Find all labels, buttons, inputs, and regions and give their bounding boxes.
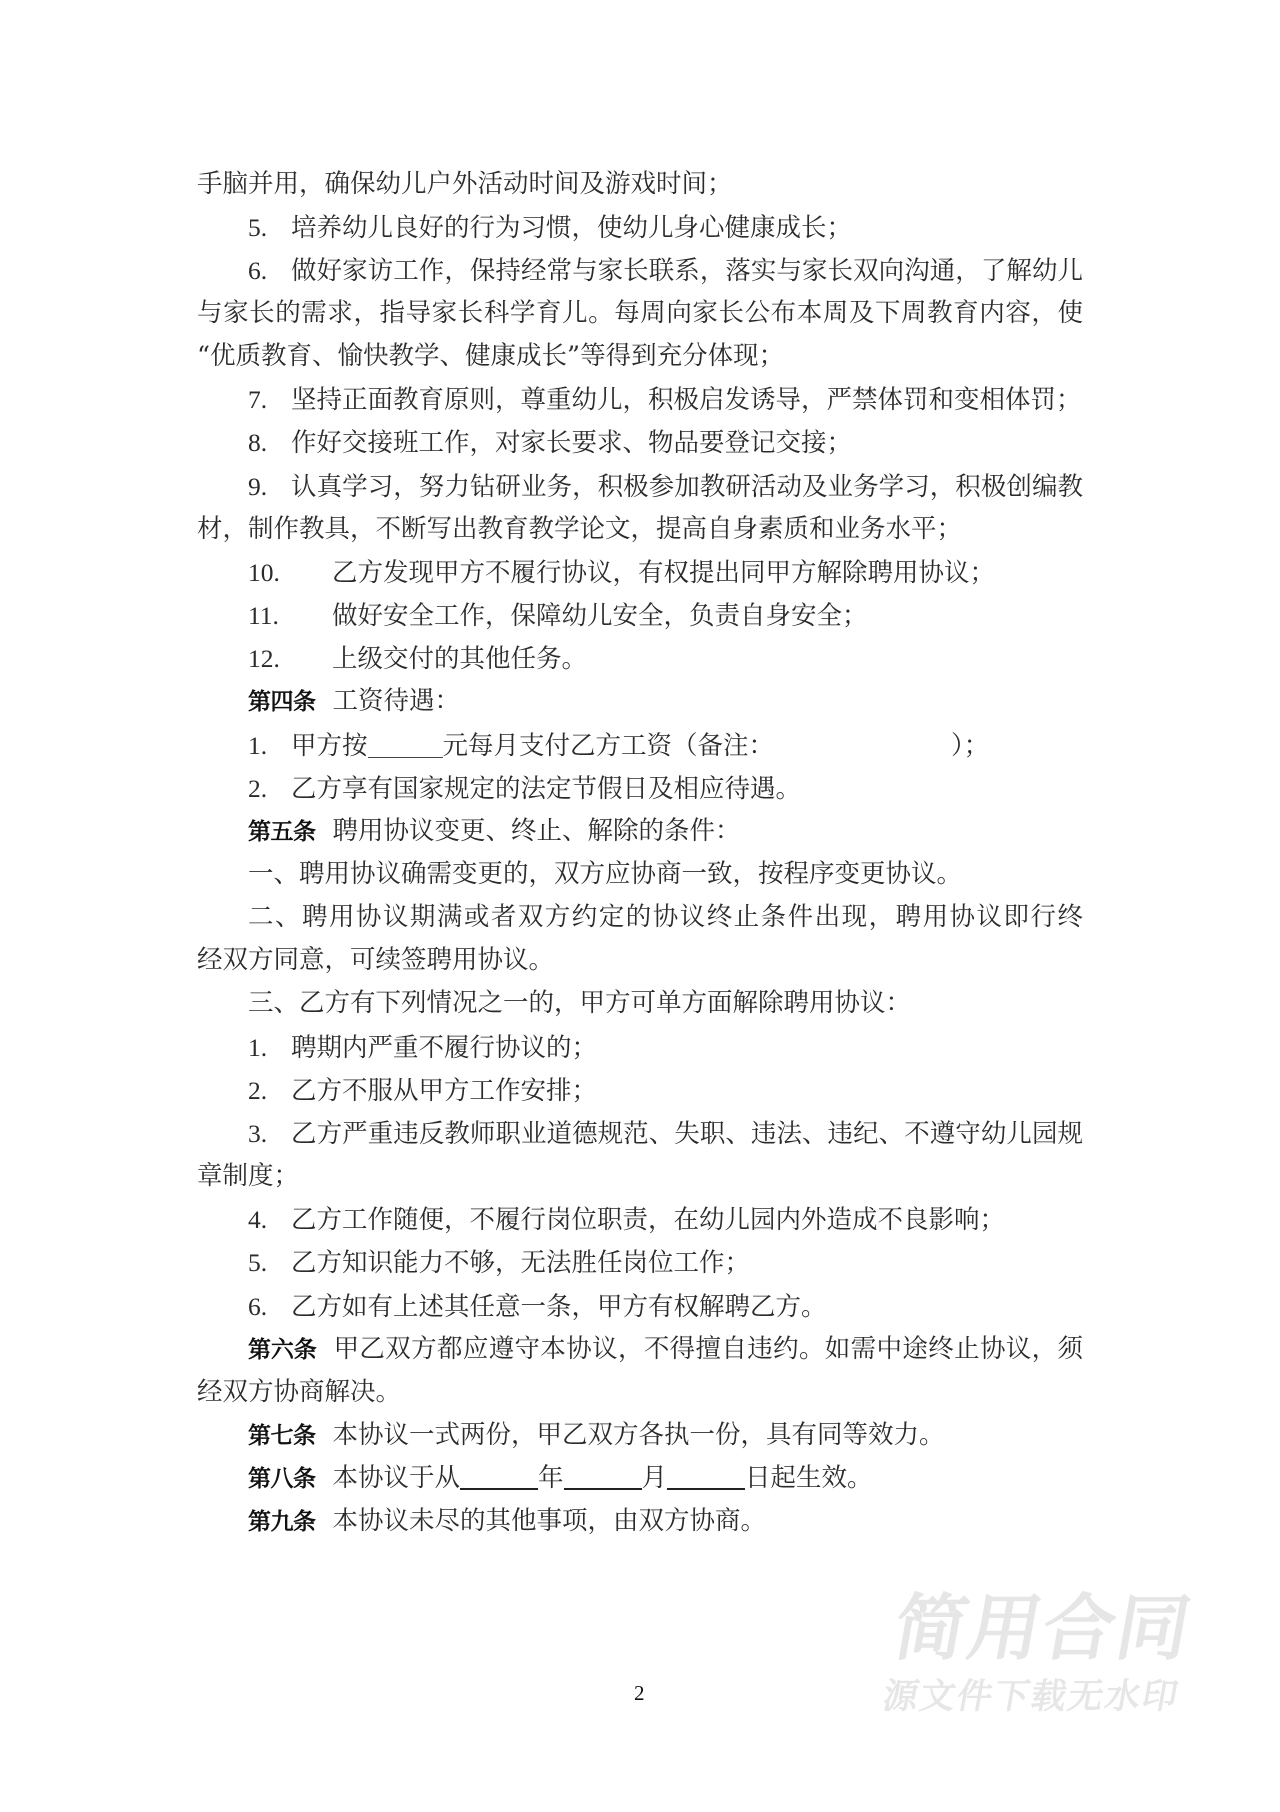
duty-item-6: 6.做好家访工作，保持经常与家长联系，落实与家长双向沟通，了解幼儿 [197,249,1083,292]
item-number: 10. [248,551,332,594]
article-label: 第八条 [248,1466,316,1492]
page-number: 2 [634,1681,645,1706]
month-blank [564,1462,642,1490]
article-label: 第四条 [248,689,316,715]
item-number: 4. [248,1198,291,1241]
clause-text: 一、聘用协议确需变更的，双方应协商一致，按程序变更协议。 [248,859,962,889]
clause-2: 二、聘用协议期满或者双方约定的协议终止条件出现，聘用协议即行终止。 [197,896,1083,939]
termination-item-3: 3.乙方严重违反教师职业道德规范、失职、违法、违纪、不遵守幼儿园规 [197,1112,1083,1155]
item-text: 聘期内严重不履行协议的； [291,1033,597,1063]
article-4-heading: 第四条工资待遇： [197,680,1083,723]
article-text: 甲乙双方都应遵守本协议，不得擅自违约。如需中途终止协议，须 [334,1334,1083,1364]
item-text: 上级交付的其他任务。 [332,644,587,674]
item-text: 乙方知识能力不够，无法胜任岗位工作； [291,1248,750,1278]
article-label: 第九条 [248,1509,316,1535]
item-number: 5. [248,206,291,249]
item-text: 与家长的需求，指导家长科学育儿。每周向家长公布本周及下周教育内容，使 [197,298,1083,328]
item-text: 乙方工作随便，不履行岗位职责，在幼儿园内外造成不良影响； [291,1205,1005,1235]
item-number: 3. [248,1112,291,1155]
item-text: 坚持正面教育原则，尊重幼儿，积极启发诱导，严禁体罚和变相体罚； [291,385,1082,415]
clause-text: 二、聘用协议期满或者双方约定的协议终止条件出现，聘用协议即行终止。 [248,902,1083,939]
item-text: 认真学习，努力钻研业务，积极参加教研活动及业务学习，积极创编教 [291,472,1083,502]
article-label: 第七条 [248,1423,316,1449]
watermark-title: 简用合同 [889,1592,1202,1664]
article-title: 工资待遇： [333,686,461,716]
article-label: 第五条 [248,819,316,845]
day-blank [667,1462,745,1490]
watermark-subtitle: 源文件下载无水印 [880,1680,1186,1715]
item-text: 培养幼儿良好的行为习惯，使幼儿身心健康成长； [291,213,852,243]
duty-item-9: 9.认真学习，努力钻研业务，积极参加教研活动及业务学习，积极创编教 [197,465,1083,508]
item-text: 做好家访工作，保持经常与家长联系，落实与家长双向沟通，了解幼儿 [291,256,1083,286]
item-text: 乙方不服从甲方工作安排； [291,1076,597,1106]
item-number: 6. [248,1285,291,1328]
item-number: 2. [248,1069,291,1112]
month-unit: 月 [642,1463,668,1493]
item-text: “优质教育、愉快教学、健康成长”等得到充分体现； [197,341,784,371]
item-number: 12. [248,637,332,680]
duty-item-5: 5.培养幼儿良好的行为习惯，使幼儿身心健康成长； [197,206,1083,249]
item-text: 乙方发现甲方不履行协议，有权提出同甲方解除聘用协议； [332,558,995,588]
clause-2-continued: 经双方同意，可续签聘用协议。 [197,939,1083,982]
year-unit: 年 [538,1463,564,1493]
item-number: 11. [248,594,332,637]
paragraph-line: 手脑并用，确保幼儿户外活动时间及游戏时间； [197,163,1083,206]
duty-item-9-continued: 材，制作教具，不断写出教育教学论文，提高自身素质和业务水平； [197,508,1083,551]
duty-item-11: 11.做好安全工作，保障幼儿安全，负责自身安全； [197,594,1083,637]
article-title: 聘用协议变更、终止、解除的条件： [333,816,741,846]
item-number: 6. [248,249,291,292]
article-text: 本协议于从 [333,1463,461,1493]
item-text: 元每月支付乙方工资（备注： [443,731,775,761]
document-page: 手脑并用，确保幼儿户外活动时间及游戏时间； 5.培养幼儿良好的行为习惯，使幼儿身… [0,0,1280,1812]
watermark: 简用合同 源文件下载无水印 [880,1592,1202,1715]
termination-item-5: 5.乙方知识能力不够，无法胜任岗位工作； [197,1241,1083,1284]
article-7: 第七条本协议一式两份，甲乙双方各执一份，具有同等效力。 [197,1414,1083,1457]
item-number: 9. [248,465,291,508]
article-text: 本协议一式两份，甲乙双方各执一份，具有同等效力。 [333,1420,945,1450]
clause-1: 一、聘用协议确需变更的，双方应协商一致，按程序变更协议。 [197,853,1083,896]
clause-3: 三、乙方有下列情况之一的，甲方可单方面解除聘用协议： [197,982,1083,1025]
duty-item-6-continued: 与家长的需求，指导家长科学育儿。每周向家长公布本周及下周教育内容，使 [197,292,1083,335]
item-number: 2. [248,767,291,810]
item-text: 作好交接班工作，对家长要求、物品要登记交接； [291,428,852,458]
duty-item-10: 10.乙方发现甲方不履行协议，有权提出同甲方解除聘用协议； [197,551,1083,594]
article-label: 第六条 [248,1337,317,1363]
termination-item-6: 6.乙方如有上述其任意一条，甲方有权解聘乙方。 [197,1285,1083,1328]
duty-item-6-continued: “优质教育、愉快教学、健康成长”等得到充分体现； [197,335,1083,378]
item-text: ）； [951,731,989,761]
item-number: 1. [248,724,291,767]
article-8: 第八条本协议于从年月日起生效。 [197,1457,1083,1500]
item-number: 5. [248,1241,291,1284]
year-blank [460,1462,538,1490]
duty-item-7: 7.坚持正面教育原则，尊重幼儿，积极启发诱导，严禁体罚和变相体罚； [197,378,1083,421]
item-number: 8. [248,421,291,464]
article-5-heading: 第五条聘用协议变更、终止、解除的条件： [197,810,1083,853]
salary-item-2: 2.乙方享有国家规定的法定节假日及相应待遇。 [197,767,1083,810]
item-text: 乙方享有国家规定的法定节假日及相应待遇。 [291,774,801,804]
article-text: 经双方协商解决。 [197,1377,401,1407]
salary-amount-blank [368,731,443,758]
clause-text: 经双方同意，可续签聘用协议。 [197,945,554,975]
article-6-continued: 经双方协商解决。 [197,1371,1083,1414]
termination-item-2: 2.乙方不服从甲方工作安排； [197,1069,1083,1112]
continuation-text: 手脑并用，确保幼儿户外活动时间及游戏时间； [197,169,733,199]
article-9: 第九条本协议未尽的其他事项，由双方协商。 [197,1500,1083,1543]
item-text: 乙方严重违反教师职业道德规范、失职、违法、违纪、不遵守幼儿园规 [291,1119,1083,1149]
item-text: 做好安全工作，保障幼儿安全，负责自身安全； [332,601,868,631]
salary-item-1: 1.甲方按元每月支付乙方工资（备注：）； [197,724,1083,767]
duty-item-12: 12.上级交付的其他任务。 [197,637,1083,680]
remark-blank [774,728,951,754]
item-text: 材，制作教具，不断写出教育教学论文，提高自身素质和业务水平； [197,514,962,544]
item-text: 甲方按 [291,731,368,761]
item-number: 7. [248,378,291,421]
article-6: 第六条甲乙双方都应遵守本协议，不得擅自违约。如需中途终止协议，须 [197,1328,1083,1371]
clause-text: 三、乙方有下列情况之一的，甲方可单方面解除聘用协议： [248,988,911,1018]
item-number: 1. [248,1026,291,1069]
day-unit: 日起生效。 [745,1463,873,1493]
duty-item-8: 8.作好交接班工作，对家长要求、物品要登记交接； [197,421,1083,464]
termination-item-1: 1.聘期内严重不履行协议的； [197,1026,1083,1069]
termination-item-3-continued: 章制度； [197,1155,1083,1198]
termination-item-4: 4.乙方工作随便，不履行岗位职责，在幼儿园内外造成不良影响； [197,1198,1083,1241]
article-text: 本协议未尽的其他事项，由双方协商。 [333,1506,767,1536]
item-text: 乙方如有上述其任意一条，甲方有权解聘乙方。 [291,1292,827,1322]
document-body: 手脑并用，确保幼儿户外活动时间及游戏时间； 5.培养幼儿良好的行为习惯，使幼儿身… [197,163,1083,1544]
item-text: 章制度； [197,1161,299,1191]
